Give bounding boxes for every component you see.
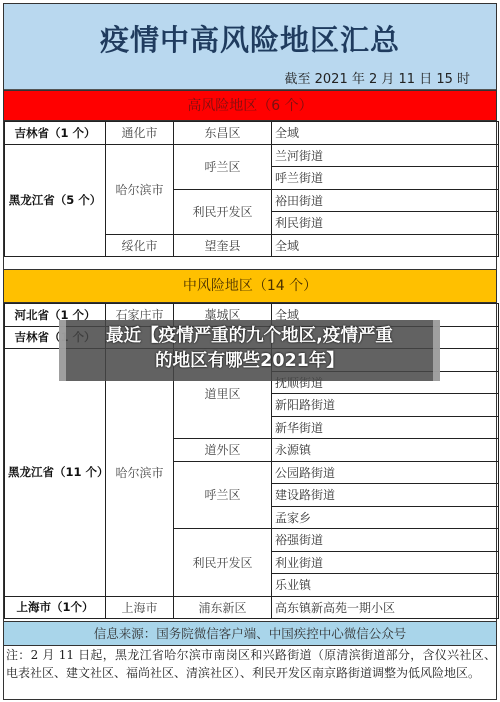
- footnote: 注：2 月 11 日起，黑龙江省哈尔滨市南岗区和兴路街道（原清滨街道部分，含仪兴…: [6, 647, 496, 682]
- medium-risk-header: 中风险地区（14 个）: [4, 269, 496, 303]
- district-cell: 利民开发区: [174, 189, 272, 234]
- table-row: 吉林省（1 个） 通化市 东昌区 全域: [5, 122, 499, 145]
- area-cell: 建设路街道: [272, 484, 499, 507]
- province-cell: 黑龙江省（11 个）: [5, 349, 106, 597]
- city-cell: 哈尔滨市: [106, 144, 174, 234]
- area-cell: 全域: [272, 122, 499, 145]
- city-cell: 哈尔滨市: [106, 349, 174, 597]
- district-cell: 呼兰区: [174, 461, 272, 529]
- district-cell: 呼兰区: [174, 144, 272, 189]
- area-cell: 裕强街道: [272, 529, 499, 552]
- province-cell: 吉林省（1 个）: [5, 122, 106, 145]
- area-cell: 乐业镇: [272, 574, 499, 597]
- area-cell: 公园路街道: [272, 461, 499, 484]
- area-cell: 裕田街道: [272, 189, 499, 212]
- caption-text: 最近【疫情严重的九个地区,疫情严重 的地区有哪些2021年】: [66, 324, 433, 374]
- caption-overlay: 最近【疫情严重的九个地区,疫情严重 的地区有哪些2021年】: [59, 320, 440, 381]
- city-cell: 绥化市: [106, 234, 174, 257]
- caption-line-2: 的地区有哪些2021年】: [66, 349, 433, 374]
- district-cell: 道外区: [174, 439, 272, 462]
- area-cell: 新华街道: [272, 416, 499, 439]
- province-cell: 上海市（1个）: [5, 596, 106, 619]
- title-block: 疫情中高风险地区汇总 截至 2021 年 2 月 11 日 15 时: [4, 4, 496, 90]
- area-cell: 永源镇: [272, 439, 499, 462]
- area-cell: 利民街道: [272, 212, 499, 235]
- area-cell: 利业街道: [272, 551, 499, 574]
- high-risk-header: 高风险地区（6 个）: [4, 90, 496, 121]
- area-cell: 兰河街道: [272, 144, 499, 167]
- caption-line-1: 最近【疫情严重的九个地区,疫情严重: [66, 324, 433, 349]
- city-cell: 通化市: [106, 122, 174, 145]
- district-cell: 东昌区: [174, 122, 272, 145]
- province-cell: 黑龙江省（5 个）: [5, 144, 106, 257]
- table-row: 黑龙江省（5 个） 哈尔滨市 呼兰区 兰河街道: [5, 144, 499, 167]
- district-cell: 利民开发区: [174, 529, 272, 597]
- area-cell: 呼兰街道: [272, 167, 499, 190]
- high-risk-table: 吉林省（1 个） 通化市 东昌区 全域 黑龙江省（5 个） 哈尔滨市 呼兰区 兰…: [4, 121, 499, 257]
- info-source: 信息来源：国务院微信客户端、中国疾控中心微信公众号: [4, 621, 496, 646]
- as-of-date: 截至 2021 年 2 月 11 日 15 时: [285, 68, 471, 87]
- page-title: 疫情中高风险地区汇总: [4, 18, 496, 59]
- area-cell: 全域: [272, 234, 499, 257]
- area-cell: 孟家乡: [272, 506, 499, 529]
- table-row: 上海市（1个） 上海市 浦东新区 高东镇新高苑一期小区: [5, 596, 499, 619]
- area-cell: 新阳路街道: [272, 394, 499, 417]
- city-cell: 上海市: [106, 596, 174, 619]
- area-cell: 高东镇新高苑一期小区: [272, 596, 499, 619]
- district-cell: 浦东新区: [174, 596, 272, 619]
- district-cell: 望奎县: [174, 234, 272, 257]
